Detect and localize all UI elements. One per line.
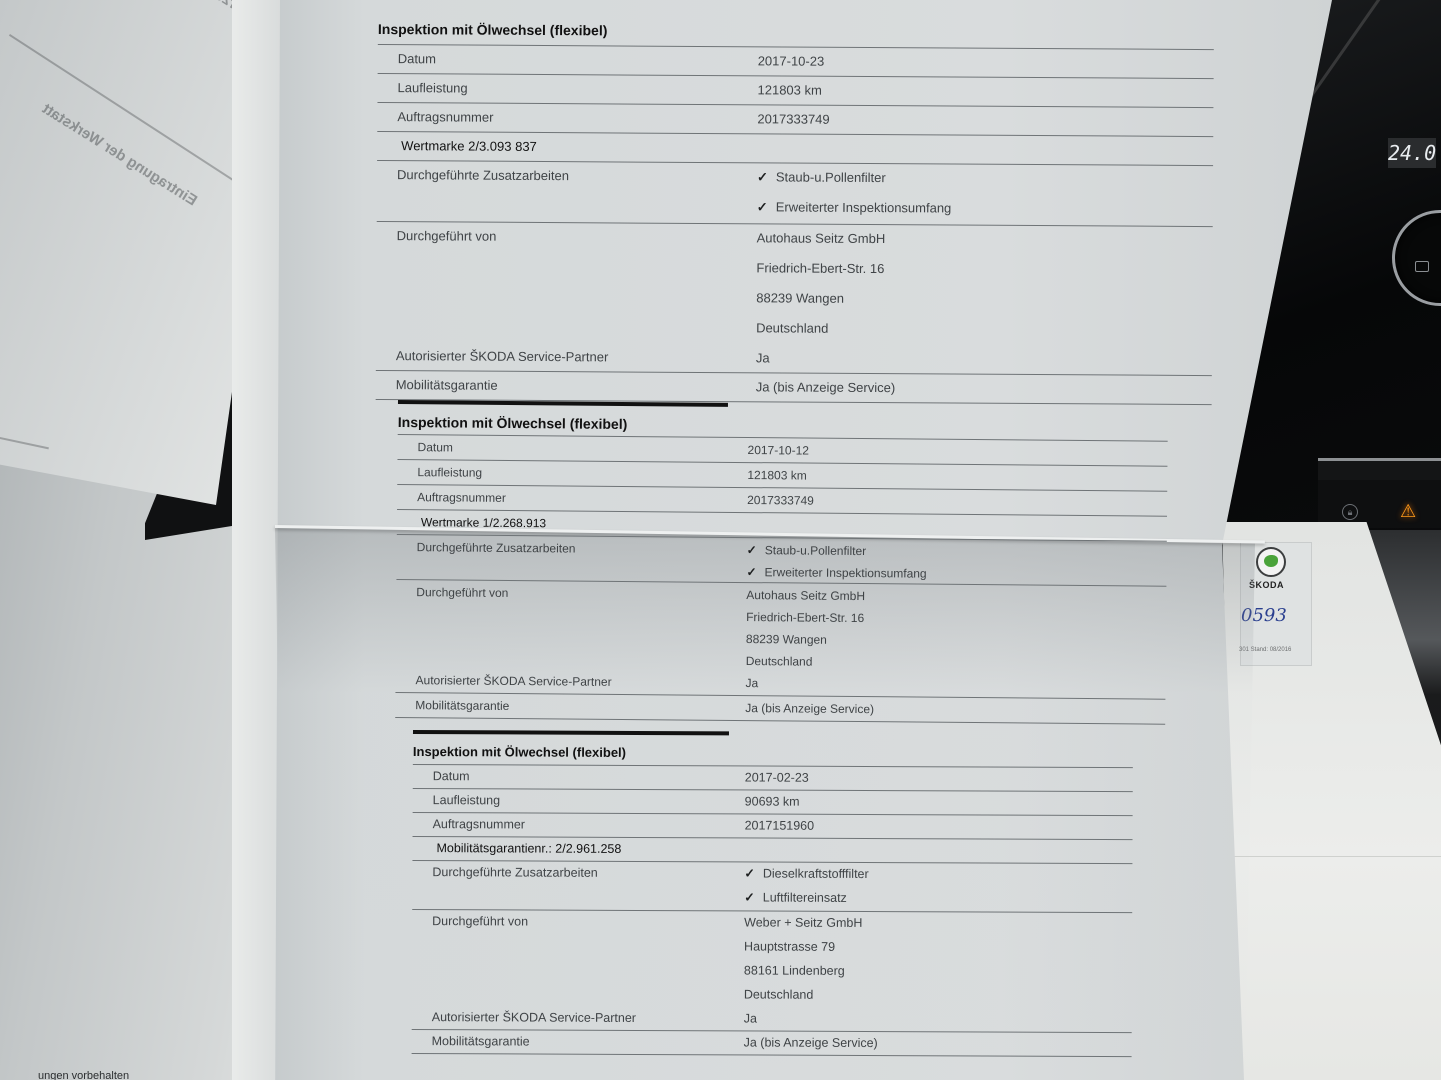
footer-text: ungen vorbehalten [38, 1070, 129, 1080]
page-edge [232, 0, 280, 1080]
datum-value: 2017-10-23 [758, 47, 1214, 78]
laufleistung-value: 121803 km [747, 463, 1167, 491]
service-entry-3: Inspektion mit Ölwechsel (flexibel) Datu… [412, 730, 1133, 1057]
checked-item: Dieselkraftstofffilter [744, 862, 1132, 888]
entry-title: Inspektion mit Ölwechsel (flexibel) [378, 14, 1214, 50]
lock-icon: 🔒︎ [1342, 504, 1358, 520]
laufleistung-value: 90693 km [745, 790, 1133, 815]
row-mobilitaetsgarantie: Mobilitätsgarantie Ja (bis Anzeige Servi… [412, 1030, 1132, 1057]
service-entry-2: Inspektion mit Ölwechsel (flexibel) Datu… [395, 400, 1168, 725]
row-datum: Datum 2017-02-23 [413, 765, 1133, 792]
checked-item: Luftfiltereinsatz [744, 886, 1132, 912]
datum-value: 2017-02-23 [745, 766, 1133, 791]
checked-item: Erweiterter Inspektionsumfang [757, 193, 1213, 226]
row-zusatzarbeiten: Durchgeführte Zusatzarbeiten Staub-u.Pol… [377, 161, 1213, 227]
auftrag-value: 2017151960 [745, 814, 1133, 839]
entry-title: Inspektion mit Ölwechsel (flexibel) [413, 740, 1133, 768]
workshop-city: 88239 Wangen [756, 284, 1212, 317]
row-zusatzarbeiten: Durchgeführte Zusatzarbeiten Staub-u.Pol… [396, 535, 1166, 587]
wertmarke: Wertmarke 2/3.093 837 [377, 132, 757, 162]
service-entry-1: Inspektion mit Ölwechsel (flexibel) Datu… [376, 14, 1214, 405]
laufleistung-value: 121803 km [757, 76, 1213, 107]
row-durchgefuehrt-von: Durchgeführt von Autohaus Seitz GmbH Fri… [396, 580, 1167, 675]
warning-light-icon: ⚠ [1400, 502, 1416, 520]
workshop-name: Weber + Seitz GmbH [744, 911, 1132, 937]
row-partner: Autorisierter ŠKODA Service-Partner Ja [412, 1006, 1132, 1033]
workshop-city: 88161 Lindenberg [744, 959, 1132, 985]
mobilitaetsgarantie-nummer: Mobilitätsgarantienr.: 2/2.961.258 [412, 837, 744, 861]
datum-value: 2017-10-12 [747, 438, 1167, 466]
wertmarke: Wertmarke 1/2.268.913 [397, 510, 747, 537]
control-strip [1318, 458, 1441, 528]
row-zusatzarbeiten: Durchgeführte Zusatzarbeiten Dieselkraft… [412, 861, 1132, 913]
workshop-name: Autohaus Seitz GmbH [757, 224, 1213, 257]
workshop-country: Deutschland [756, 314, 1212, 347]
skoda-logo-icon [1256, 547, 1286, 577]
row-durchgefuehrt-von: Durchgeführt von Weber + Seitz GmbH Haup… [412, 910, 1132, 1009]
row-durchgefuehrt-von: Durchgeführt von Autohaus Seitz GmbH Fri… [376, 222, 1213, 347]
auftrag-value: 2017333749 [757, 105, 1213, 136]
auftrag-value: 2017333749 [747, 488, 1167, 516]
mirrored-heading: Eintragung der Werkstatt [39, 100, 200, 209]
row-laufleistung: Laufleistung 90693 km [413, 789, 1133, 816]
workshop-country: Deutschland [744, 983, 1132, 1009]
temperature-display: 24.0 [1388, 138, 1436, 168]
row-mobilitaetsgarantienr: Mobilitätsgarantienr.: 2/2.961.258 [412, 837, 1132, 864]
workshop-street: Hauptstrasse 79 [744, 935, 1132, 961]
workshop-street: Friedrich-Ebert-Str. 16 [756, 254, 1212, 287]
checked-item: Staub-u.Pollenfilter [757, 163, 1213, 196]
knob-icon [1415, 261, 1429, 272]
row-auftragsnummer: Auftragsnummer 2017151960 [413, 813, 1133, 840]
checked-item: Erweiterter Inspektionsumfang [746, 560, 1166, 586]
